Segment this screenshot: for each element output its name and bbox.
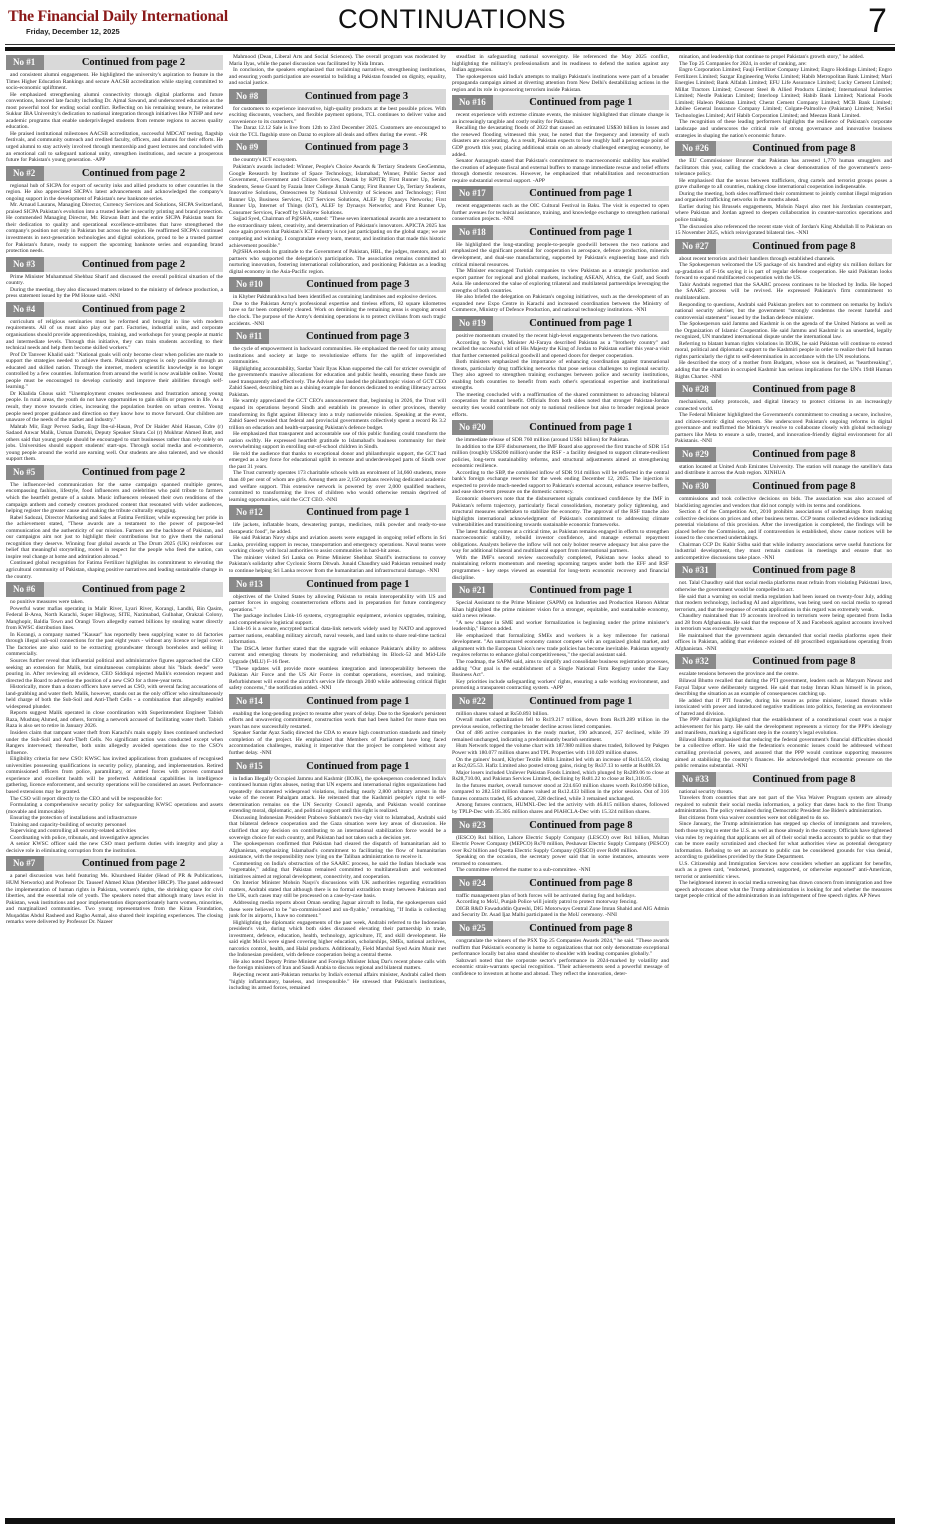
article-header: No #2Continued from page 2 [6, 166, 223, 181]
article-header: No #4Continued from page 2 [6, 302, 223, 317]
article-header: No #12Continued from page 1 [229, 505, 446, 520]
article-body: mination, and leadership that continue t… [675, 54, 892, 139]
article-paragraph: mination, and leadership that continue t… [675, 54, 892, 61]
article-body: the country's ICT ecosystem.Pakistan's a… [229, 157, 446, 275]
continued-from-label: Continued from page 1 [270, 579, 446, 590]
footer-rule [5, 1518, 895, 1524]
article-number-badge: No #11 [229, 329, 269, 344]
article-body: recent engagements such as the OIC Cultu… [452, 203, 669, 223]
article-body: million shares valued at Rs50.893 billio… [452, 711, 669, 816]
article-number-badge: No #2 [6, 166, 44, 181]
continued-from-label: Continued from page 2 [44, 259, 223, 270]
continued-from-label: Continued from page 8 [716, 656, 892, 667]
article-paragraph: Economic observers note that the disburs… [452, 496, 669, 529]
article: steadfast in safeguarding national sover… [452, 54, 669, 93]
article-paragraph: Bilawal Bhutto emphasised that reducing … [675, 737, 892, 770]
article-number-badge: No #17 [452, 186, 493, 201]
article-paragraph: The influencer-led communication for the… [6, 482, 223, 515]
continued-from-label: Continued from page 3 [267, 142, 446, 153]
article: No #8Continued from page 3for customers … [229, 89, 446, 139]
article-paragraph: The Spokesperson welcomed the US package… [675, 262, 892, 282]
columns-container: No #1Continued from page 2and consistent… [6, 54, 894, 1514]
article-paragraph: Rabel Sadozai, Director Marketing and Sa… [6, 515, 223, 561]
article-paragraph: enabling the long-pending project to res… [229, 711, 446, 731]
article-paragraph: Mr. Arnaud Laurans, Managing Director, C… [6, 202, 223, 254]
article-paragraph: Addressing media reports about Oman send… [229, 900, 446, 920]
article-body: in Khyber Pakhtunkhwa had been identifie… [229, 294, 446, 327]
continued-from-label: Continued from page 1 [270, 696, 446, 707]
continued-from-label: Continued from page 2 [44, 467, 223, 478]
article-paragraph: He added that if PTI founder, during his… [675, 698, 892, 718]
article-paragraph: recent engagements such as the OIC Cultu… [452, 203, 669, 223]
article-paragraph: Mahtab Mir, Engr Pervez Sadiq, Engr Ibn-… [6, 424, 223, 463]
continued-from-label: Continued from page 8 [493, 878, 669, 889]
article-header: No #10Continued from page 3 [229, 277, 446, 292]
article-header: No #15Continued from page 1 [229, 759, 446, 774]
article-paragraph: mechanisms, safety protocols, and digita… [675, 399, 892, 412]
article-paragraph: Reports suggest Malik operated in close … [6, 710, 223, 730]
article-paragraph: "A new chapter in SME and worker formali… [452, 620, 669, 633]
article-header: No #16Continued from page 1 [452, 95, 669, 110]
article-paragraph: He emphasized that transparent and accou… [229, 431, 446, 451]
article-paragraph: Major losers included Unilever Pakistan … [452, 770, 669, 783]
article: No #30Continued from page 8commissions a… [675, 479, 892, 561]
article: No #3Continued from page 2Prime Minister… [6, 257, 223, 300]
article-number-badge: No #26 [675, 141, 716, 156]
article-paragraph: On the gainers' board, Khyber Textile Mi… [452, 757, 669, 770]
article: No #22Continued from page 1million share… [452, 694, 669, 816]
article-paragraph: With the IMF's second review successfull… [452, 555, 669, 581]
article-paragraph: The roadmap, the SAPM said, aims to simp… [452, 659, 669, 679]
article-body: (IESCO) Rs1 billion, Lahore Electric Sup… [452, 835, 669, 874]
article-paragraph: The Minister encouraged Turkish companie… [452, 268, 669, 294]
article: No #5Continued from page 2The influencer… [6, 465, 223, 580]
article: No #14Continued from page 1enabling the … [229, 694, 446, 757]
article-number-badge: No #1 [6, 55, 44, 70]
article-paragraph: He also noted Deputy Prime Minister and … [229, 959, 446, 972]
article-paragraph: for customers to experience innovative, … [229, 106, 446, 126]
article-number-badge: No #23 [452, 818, 493, 833]
article-paragraph: in Indian Illegally Occupied Jammu and K… [229, 776, 446, 815]
article: No #17Continued from page 1recent engage… [452, 186, 669, 223]
article: No #15Continued from page 1in Indian Ill… [229, 759, 446, 992]
article-body: escalate tensions between the province a… [675, 671, 892, 769]
article-number-badge: No #28 [675, 382, 716, 397]
article-paragraph: congratulate the winners of the PSX Top … [452, 938, 669, 958]
article-paragraph: Hum Network topped the volume chart with… [452, 743, 669, 756]
continued-from-label: Continued from page 1 [493, 696, 669, 707]
header-rule-thick [5, 47, 895, 51]
article: No #32Continued from page 8escalate tens… [675, 654, 892, 769]
article-paragraph: The Trust currently operates 173 charita… [229, 470, 446, 503]
article-header: No #1Continued from page 2 [6, 55, 223, 70]
article: No #1Continued from page 2and consistent… [6, 55, 223, 164]
article-paragraph: Eligibility criteria for new CSO: KWSC h… [6, 756, 223, 795]
article-paragraph: Out of 486 active companies in the ready… [452, 730, 669, 743]
article-paragraph: Link-16 is a secure, encrypted tactical … [229, 626, 446, 646]
article-header: No #19Continued from page 1 [452, 316, 669, 331]
article: No #19Continued from page 1positive mome… [452, 316, 669, 418]
article-paragraph: The meeting concluded with a reaffirmati… [452, 392, 669, 418]
article-body: for customers to experience innovative, … [229, 106, 446, 139]
article-number-badge: No #10 [229, 277, 270, 292]
article-paragraph: The minister visited Sri Lanka on Prime … [229, 555, 446, 575]
continued-from-label: Continued from page 2 [44, 858, 223, 869]
article: No #16Continued from page 1recent experi… [452, 95, 669, 184]
article-header: No #17Continued from page 1 [452, 186, 669, 201]
article-paragraph: Recalling the devastating floods of 2022… [452, 125, 669, 158]
article: No #25Continued from page 8congratulate … [452, 921, 669, 977]
article: No #20Continued from page 1the immediate… [452, 420, 669, 581]
article-header: No #5Continued from page 2 [6, 465, 223, 480]
article-body: traffic management plan of both forces w… [452, 893, 669, 919]
article-paragraph: Bilawal Bhutto recalled that during the … [675, 678, 892, 698]
article-paragraph: Since January, the Trump administration … [675, 821, 892, 860]
article-paragraph: The Federal Minister highlighted the Gov… [675, 412, 892, 445]
article-paragraph: Rejecting recent anti-Pakistan remarks b… [229, 972, 446, 992]
article-body: enabling the long-pending project to res… [229, 711, 446, 757]
article-header: No #31Continued from page 8 [675, 563, 892, 578]
column-3: steadfast in safeguarding national sover… [452, 54, 669, 1514]
continued-from-label: Continued from page 8 [716, 774, 892, 785]
continued-from-label: Continued from page 2 [44, 168, 223, 179]
article-paragraph: the cycle of empowerment in backward com… [229, 346, 446, 366]
article-number-badge: No #29 [675, 447, 716, 462]
column-4: mination, and leadership that continue t… [675, 54, 892, 1514]
continued-from-label: Continued from page 8 [493, 923, 669, 934]
article: No #6Continued from page 2no punitive me… [6, 582, 223, 854]
article-paragraph: Pakistan's awards included: Winner, Peop… [229, 164, 446, 216]
article-paragraph: Highlighting the diplomatic engagements … [229, 920, 446, 959]
article-paragraph: Section 4 of the Competition Act, 2010 p… [675, 509, 892, 542]
article: No #29Continued from page 8station locat… [675, 447, 892, 477]
article-paragraph: Insiders claim that rampant water theft … [6, 730, 223, 756]
page-number: 7 [868, 2, 887, 41]
article-paragraph: The heightened interest in social media … [675, 880, 892, 900]
article-body: curriculum of religious seminaries must … [6, 319, 223, 463]
article: No #21Continued from page 1Special Assis… [452, 583, 669, 692]
article-paragraph: P@SHA extends its gratitude to the Gover… [229, 249, 446, 275]
article-header: No #21Continued from page 1 [452, 583, 669, 598]
article-number-badge: No #32 [675, 654, 716, 669]
article-paragraph: Earlier during his Brussels engagements,… [675, 204, 892, 224]
article-paragraph: Sources further reveal that influential … [6, 658, 223, 684]
article-paragraph: Sabzwari noted that the corporate sector… [452, 958, 669, 978]
article-body: He highlighted the long-standing people-… [452, 242, 669, 314]
article-number-badge: No #33 [675, 772, 716, 787]
continued-from-label: Continued from page 3 [270, 279, 446, 290]
article-paragraph: Tahir Andrabi regretted that the SAARC p… [675, 282, 892, 302]
article-header: No #27Continued from page 8 [675, 239, 892, 254]
article-body: Special Assistant to the Prime Minister … [452, 600, 669, 692]
article-body: recent experience with extreme climate e… [452, 112, 669, 184]
article-number-badge: No #6 [6, 582, 44, 597]
article-number-badge: No #19 [452, 316, 493, 331]
article: No #12Continued from page 1life jackets,… [229, 505, 446, 574]
article-paragraph: During the meeting, they also discussed … [6, 287, 223, 300]
article-paragraph: steadfast in safeguarding national sover… [452, 54, 669, 74]
article-paragraph: a panel discussion was held featuring Ms… [6, 873, 223, 925]
article-body: station located at United Arab Emirates … [675, 464, 892, 477]
article-paragraph: U.S. Citizenship and Immigration Service… [675, 861, 892, 881]
continued-from-label: Continued from page 2 [44, 57, 223, 68]
article-number-badge: No #18 [452, 225, 493, 240]
article-body: congratulate the winners of the PSX Top … [452, 938, 669, 977]
article: No #7Continued from page 2a panel discus… [6, 856, 223, 925]
article-paragraph: He emphasized that formalizing SMEs and … [452, 633, 669, 659]
article-header: No #18Continued from page 1 [452, 225, 669, 240]
article-paragraph: life jackets, inflatable boats, dewateri… [229, 522, 446, 535]
article-number-badge: No #14 [229, 694, 270, 709]
article-paragraph: The spokesperson said India's attempts t… [452, 74, 669, 94]
article-paragraph: Formulating a comprehensive security pol… [6, 802, 223, 815]
article-number-badge: No #25 [452, 921, 493, 936]
continued-from-label: Continued from page 8 [493, 820, 669, 831]
article-paragraph: station located at United Arab Emirates … [675, 464, 892, 477]
article-paragraph: The package includes Link-16 systems, cr… [229, 613, 446, 626]
article-number-badge: No #30 [675, 479, 716, 494]
continued-from-label: Continued from page 8 [716, 384, 892, 395]
article-paragraph: During the meeting, both sides reaffirme… [675, 191, 892, 204]
paper-name: The Financial Daily International [8, 8, 228, 26]
article-header: No #23Continued from page 8 [452, 818, 669, 833]
article-body: about recent terrorists and their handle… [675, 256, 892, 380]
article-paragraph: Historically, more than a dozen officers… [6, 684, 223, 710]
article-paragraph: not. Talal Chaudhry said that social med… [675, 580, 892, 593]
article-number-badge: No #13 [229, 577, 270, 592]
article-body: commissions and took collective decision… [675, 496, 892, 561]
article-paragraph: Commenting on India's obstruction of the… [229, 861, 446, 881]
article-paragraph: In Korangi, a company named "Kausar" has… [6, 632, 223, 658]
article-paragraph: the EU Commissioner Brunner that Pakista… [675, 158, 892, 178]
article-paragraph: In conclusion, the speakers emphasized t… [229, 67, 446, 87]
article-header: No #11Continued from page 3 [229, 329, 446, 344]
article-number-badge: No #21 [452, 583, 493, 598]
article-paragraph: He praised institutional milestones AACS… [6, 131, 223, 164]
continued-from-label: Continued from page 1 [493, 188, 669, 199]
article-paragraph: Prime Minister Muhammad Shehbaz Sharif a… [6, 274, 223, 287]
article-header: No #32Continued from page 8 [675, 654, 892, 669]
article-body: steadfast in safeguarding national sover… [452, 54, 669, 93]
article-header: No #25Continued from page 8 [452, 921, 669, 936]
continued-from-label: Continued from page 1 [493, 318, 669, 329]
article: Mahmood (Dean, Liberal Arts and Social S… [229, 54, 446, 87]
article-paragraph: commissions and took collective decision… [675, 496, 892, 509]
article-paragraph: He told the audience that thanks to exce… [229, 451, 446, 471]
column-1: No #1Continued from page 2and consistent… [6, 54, 223, 1514]
article-paragraph: Sajjad Syed, Chairman of P@SHA, stated: … [229, 216, 446, 249]
article-number-badge: No #31 [675, 563, 716, 578]
article-paragraph: Chaudhry maintained that 19 accounts inv… [675, 613, 892, 633]
article: No #11Continued from page 3the cycle of … [229, 329, 446, 503]
article-paragraph: Highlighting accountability, Sardar Yasi… [229, 366, 446, 399]
article-body: objectives of the United States by allow… [229, 594, 446, 692]
article-paragraph: regional hub of SICPA for export of secu… [6, 183, 223, 203]
continued-from-label: Continued from page 8 [716, 565, 892, 576]
article-paragraph: Chairman CCP Dr. Kabir Sidhu said that w… [675, 542, 892, 562]
article-paragraph: Speaker Sardar Ayaz Sadiq directed the C… [229, 730, 446, 756]
section-title: CONTINUATIONS [282, 4, 622, 35]
continued-from-label: Continued from page 1 [493, 97, 669, 108]
article: No #26Continued from page 8the EU Commis… [675, 141, 892, 237]
article: No #28Continued from page 8mechanisms, s… [675, 382, 892, 445]
article-body: The influencer-led communication for the… [6, 482, 223, 580]
header-rule-thin [5, 44, 895, 45]
article: mination, and leadership that continue t… [675, 54, 892, 139]
continued-from-label: Continued from page 1 [493, 585, 669, 596]
continued-from-label: Continued from page 2 [44, 584, 223, 595]
article-number-badge: No #15 [229, 759, 270, 774]
article-body: a panel discussion was held featuring Ms… [6, 873, 223, 925]
article-header: No #8Continued from page 3 [229, 89, 446, 104]
article-paragraph: recent experience with extreme climate e… [452, 112, 669, 125]
continued-from-label: Continued from page 2 [44, 304, 223, 315]
article-paragraph: Prof Dr Tanveer Khalid said: "National g… [6, 352, 223, 391]
article-number-badge: No #27 [675, 239, 716, 254]
article-paragraph: Mahmood (Dean, Liberal Arts and Social S… [229, 54, 446, 67]
article-paragraph: The PPP chairman highlighted that the es… [675, 717, 892, 737]
continued-from-label: Continued from page 8 [716, 449, 892, 460]
article: No #18Continued from page 1He highlighte… [452, 225, 669, 314]
article-paragraph: On Interior Minister Mohsin Naqvi's disc… [229, 880, 446, 900]
article-paragraph: Both ministers emphasized the importance… [452, 359, 669, 392]
article-body: positive momentum created by the recent … [452, 333, 669, 418]
article-number-badge: No #4 [6, 302, 44, 317]
publication-date: Friday, December 12, 2025 [26, 27, 120, 36]
article-paragraph: Continued global recognition for Fatima … [6, 560, 223, 580]
article-paragraph: According to the SBP, the combined inflo… [452, 470, 669, 496]
column-2: Mahmood (Dean, Liberal Arts and Social S… [229, 54, 446, 1514]
article-header: No #13Continued from page 1 [229, 577, 446, 592]
article: No #27Continued from page 8about recent … [675, 239, 892, 380]
article-number-badge: No #5 [6, 465, 44, 480]
article-paragraph: in Khyber Pakhtunkhwa had been identifie… [229, 294, 446, 301]
article-paragraph: He highlighted the long-standing people-… [452, 242, 669, 268]
article-paragraph: Overall market capitalization fell to Rs… [452, 717, 669, 730]
article-paragraph: A senior KWSC officer said the new CSO m… [6, 841, 223, 854]
article-paragraph: He described the story of a mother from … [675, 360, 892, 380]
article-paragraph: The spokesperson confirmed that Pakistan… [229, 841, 446, 861]
article-header: No #7Continued from page 2 [6, 856, 223, 871]
article-paragraph: The discussion also referenced the recen… [675, 224, 892, 237]
article-paragraph: Responding to questions, Andrabi said Pa… [675, 302, 892, 322]
article: No #23Continued from page 8(IESCO) Rs1 b… [452, 818, 669, 874]
article-number-badge: No #8 [229, 89, 267, 104]
article-header: No #24Continued from page 8 [452, 876, 669, 891]
article-paragraph: He also briefed the delegation on Pakist… [452, 294, 669, 314]
article-paragraph: Dr Khalida Ghous said: "Unemployment cre… [6, 391, 223, 424]
article: No #10Continued from page 3in Khyber Pak… [229, 277, 446, 327]
article-body: in Indian Illegally Occupied Jammu and K… [229, 776, 446, 992]
article-body: regional hub of SICPA for export of secu… [6, 183, 223, 255]
article: No #13Continued from page 1objectives of… [229, 577, 446, 692]
article-header: No #14Continued from page 1 [229, 694, 446, 709]
article-header: No #9Continued from page 3 [229, 140, 446, 155]
article-paragraph: and consistent alumni engagement. He hig… [6, 72, 223, 92]
article-paragraph: He said that a warning on social media r… [675, 594, 892, 614]
continued-from-label: Continued from page 1 [493, 422, 669, 433]
article-body: national security threats.Travelers from… [675, 789, 892, 900]
article-paragraph: Senator Aurangzeb stated that Pakistan's… [452, 158, 669, 184]
article-body: the immediate release of SDR 760 million… [452, 437, 669, 581]
article-body: not. Talal Chaudhry said that social med… [675, 580, 892, 652]
continued-from-label: Continued from page 1 [270, 507, 446, 518]
article-number-badge: No #12 [229, 505, 270, 520]
article-paragraph: positive momentum created by the recent … [452, 333, 669, 340]
continued-from-label: Continued from page 3 [269, 331, 446, 342]
article-paragraph: Due to the Pakistan Army's professional … [229, 301, 446, 327]
article-paragraph: curriculum of religious seminaries must … [6, 319, 223, 352]
article-paragraph: objectives of the United States by allow… [229, 594, 446, 614]
continued-from-label: Continued from page 8 [716, 241, 892, 252]
continued-from-label: Continued from page 8 [716, 481, 892, 492]
article-header: No #6Continued from page 2 [6, 582, 223, 597]
article-paragraph: The Spokesperson said Jammu and Kashmir … [675, 321, 892, 341]
article-number-badge: No #9 [229, 140, 267, 155]
article: No #31Continued from page 8not. Talal Ch… [675, 563, 892, 652]
article-paragraph: Discussing Indonesian President Prabowo … [229, 815, 446, 841]
article-paragraph: He said Pakistan Navy ships and aviation… [229, 535, 446, 555]
article-paragraph: Travelers from countries that are not pa… [675, 795, 892, 815]
article-paragraph: The Daraz 12.12 Sale is live from 12th t… [229, 125, 446, 138]
article-paragraph: Powerful water mafias operating in Malir… [6, 606, 223, 632]
article: No #4Continued from page 2curriculum of … [6, 302, 223, 463]
continued-from-label: Continued from page 1 [493, 227, 669, 238]
article: No #24Continued from page 8traffic manag… [452, 876, 669, 919]
article-paragraph: According to MoU, Punjab Police will joi… [452, 899, 669, 906]
article-body: life jackets, inflatable boats, dewateri… [229, 522, 446, 574]
article-paragraph: Special Assistant to the Prime Minister … [452, 600, 669, 620]
article-body: no punitive measures were taken.Powerful… [6, 599, 223, 854]
article-body: mechanisms, safety protocols, and digita… [675, 399, 892, 445]
article-paragraph: Engro Corporation Limited; Fauji Fertili… [675, 67, 892, 119]
article-header: No #26Continued from page 8 [675, 141, 892, 156]
article-header: No #22Continued from page 1 [452, 694, 669, 709]
article-number-badge: No #3 [6, 257, 44, 272]
masthead: The Financial Daily International Friday… [0, 0, 945, 44]
article-paragraph: He warmly appreciated the GCT CEO's anno… [229, 398, 446, 431]
article-paragraph: "These updates will provide more seamles… [229, 666, 446, 692]
article-paragraph: DIGR R&D Fawaduddin Qureshi, DIG Motorwa… [452, 906, 669, 919]
article-body: the EU Commissioner Brunner that Pakista… [675, 158, 892, 237]
article-body: the cycle of empowerment in backward com… [229, 346, 446, 503]
continued-from-label: Continued from page 1 [270, 761, 446, 772]
article-paragraph: He maintained that the government again … [675, 633, 892, 653]
article-paragraph: The DSCA letter further stated that the … [229, 646, 446, 666]
article: No #9Continued from page 3the country's … [229, 140, 446, 275]
article-paragraph: He emphasised that the nexus between tra… [675, 178, 892, 191]
article-body: and consistent alumni engagement. He hig… [6, 72, 223, 164]
article-paragraph: He emphasized strengthening alumni conne… [6, 92, 223, 131]
article-header: No #20Continued from page 1 [452, 420, 669, 435]
article-paragraph: In addition to the EFF disbursement, the… [452, 444, 669, 470]
article-number-badge: No #22 [452, 694, 493, 709]
article-paragraph: According to Naqvi, Minister Al-Faraya d… [452, 340, 669, 360]
article: No #33Continued from page 8national secu… [675, 772, 892, 900]
article-number-badge: No #16 [452, 95, 493, 110]
article-paragraph: Speaking on the occasion, the secretary … [452, 854, 669, 867]
article: No #2Continued from page 2regional hub o… [6, 166, 223, 255]
article-paragraph: Key priorities include safeguarding work… [452, 679, 669, 692]
article-paragraph: The committee referred the matter to a s… [452, 867, 669, 874]
article-paragraph: (IESCO) Rs1 billion, Lahore Electric Sup… [452, 835, 669, 855]
article-paragraph: The latest funding comes at a critical t… [452, 529, 669, 555]
article-number-badge: No #24 [452, 876, 493, 891]
article-paragraph: Referring to blatant human rights violat… [675, 341, 892, 361]
continued-from-label: Continued from page 8 [716, 143, 892, 154]
article-header: No #28Continued from page 8 [675, 382, 892, 397]
article-number-badge: No #20 [452, 420, 493, 435]
